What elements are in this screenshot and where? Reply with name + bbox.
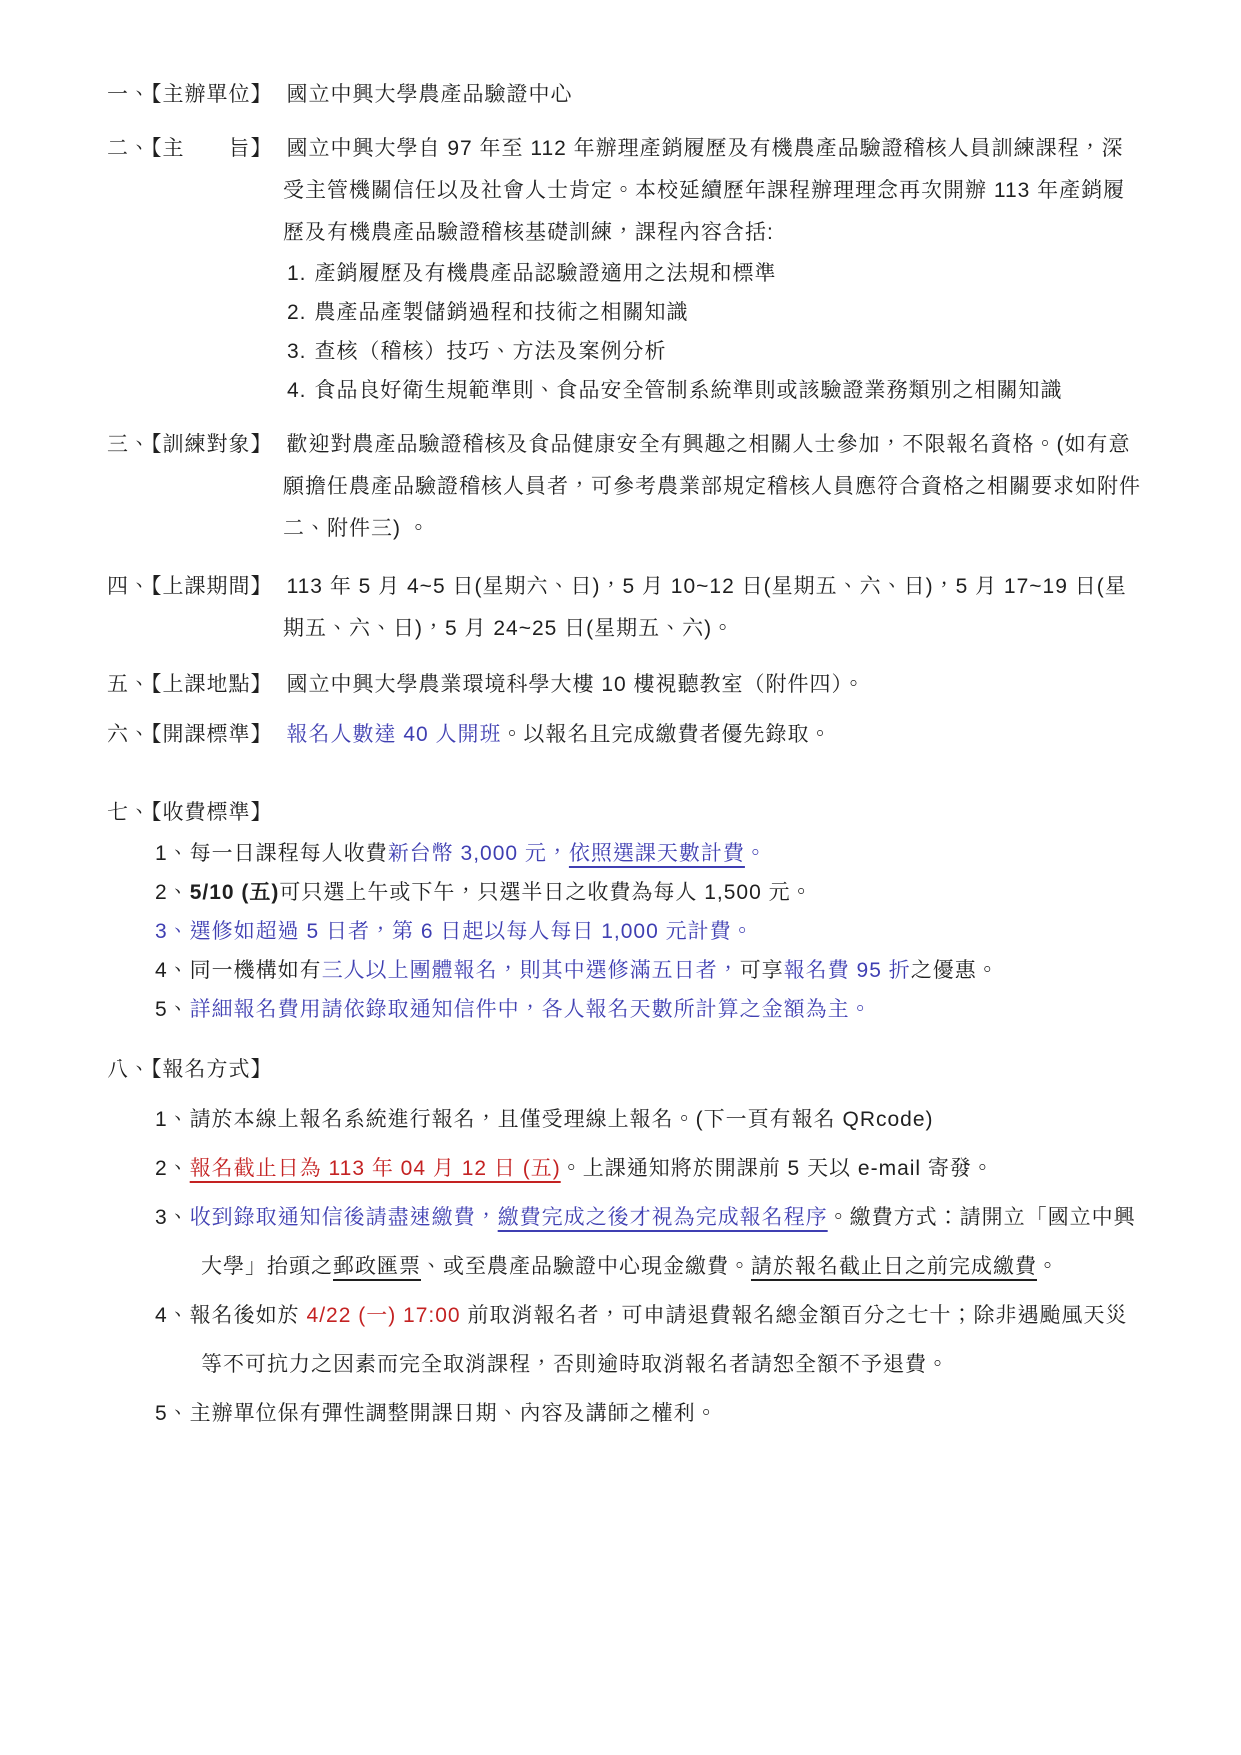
- section-label: 八、【報名方式】: [107, 1058, 273, 1081]
- payment-reminder-text: 收到錄取通知信後請盡速繳費，: [190, 1206, 498, 1229]
- half-day-date-bold: 5/10 (五): [190, 881, 280, 904]
- section-label: 四、【上課期間】: [107, 575, 273, 598]
- list-item-text: 食品良好衛生規範準則、食品安全管制系統準則或該驗證業務類別之相關知識: [315, 379, 1063, 402]
- group-discount-text: 三人以上團體報名，則其中選修滿五日者，: [322, 959, 740, 982]
- document: 一、【主辦單位】國立中興大學農產品驗證中心 二、【主 旨】國立中興大學自 97 …: [0, 0, 1241, 1438]
- text-segment: 4、報名後如於: [155, 1304, 307, 1327]
- fee-item: 4、同一機構如有三人以上團體報名，則其中選修滿五日者，可享報名費 95 折之優惠…: [155, 951, 1141, 990]
- section-body: 歡迎對農產品驗證稽核及食品健康安全有興趣之相關人士參加，不限報名資格。(如有意願…: [283, 433, 1141, 540]
- page: { "colors": { "text": "#1f1f1f", "blue":…: [0, 0, 1241, 1755]
- text-segment: 。: [745, 842, 767, 865]
- list-item-text: 農產品產製儲銷過程和技術之相關知識: [315, 301, 689, 324]
- pay-before-deadline-underlined: 請於報名截止日之前完成繳費: [751, 1255, 1037, 1278]
- section-label: 二、【主 旨】: [107, 137, 273, 160]
- fees-list: 1、每一日課程每人收費新台幣 3,000 元，依照選課天數計費。 2、5/10 …: [155, 834, 1141, 1029]
- registration-item: 2、報名截止日為 113 年 04 月 12 日 (五)。上課通知將於開課前 5…: [155, 1144, 1141, 1193]
- list-item: 1.產銷履歷及有機農產品認驗證適用之法規和標準: [287, 254, 1141, 293]
- fee-amount-text: 新台幣 3,000 元，: [388, 842, 569, 865]
- section-registration: 八、【報名方式】: [107, 1049, 1141, 1091]
- text-segment: 。以報名且完成繳費者優先錄取。: [502, 723, 832, 746]
- list-item-text: 查核（稽核）技巧、方法及案例分析: [315, 340, 667, 363]
- text-segment: 、或至農產品驗證中心現金繳費。: [421, 1255, 751, 1278]
- list-marker: 2.: [287, 301, 307, 324]
- section-host-unit: 一、【主辦單位】國立中興大學農產品驗證中心: [107, 74, 1141, 116]
- list-item: 4.食品良好衛生規範準則、食品安全管制系統準則或該驗證業務類別之相關知識: [287, 371, 1141, 410]
- extra-day-rate-text: 3、選修如超過 5 日者，第 6 日起以每人每日 1,000 元計費。: [155, 920, 754, 943]
- section-purpose: 二、【主 旨】國立中興大學自 97 年至 112 年辦理產銷履歷及有機農產品驗證…: [107, 128, 1141, 254]
- section-location: 五、【上課地點】國立中興大學農業環境科學大樓 10 樓視聽教室（附件四）。: [107, 664, 1141, 706]
- text-segment: 。上課通知將於開課前 5 天以 e-mail 寄發。: [561, 1157, 994, 1180]
- text-segment: 5、主辦單位保有彈性調整開課日期、內容及講師之權利。: [155, 1402, 718, 1425]
- fee-item: 1、每一日課程每人收費新台幣 3,000 元，依照選課天數計費。: [155, 834, 1141, 873]
- section-target: 三、【訓練對象】歡迎對農產品驗證稽核及食品健康安全有興趣之相關人士參加，不限報名…: [107, 424, 1141, 550]
- fee-item: 5、詳細報名費用請依錄取通知信件中，各人報名天數所計算之金額為主。: [155, 990, 1141, 1029]
- course-content-list: 1.產銷履歷及有機農產品認驗證適用之法規和標準 2.農產品產製儲銷過程和技術之相…: [287, 254, 1141, 410]
- section-body: 國立中興大學自 97 年至 112 年辦理產銷履歷及有機農產品驗證稽核人員訓練課…: [283, 137, 1125, 244]
- postal-money-order-underlined: 郵政匯票: [333, 1255, 421, 1278]
- text-segment: 2、: [155, 881, 190, 904]
- registration-item: 3、收到錄取通知信後請盡速繳費，繳費完成之後才視為完成報名程序。繳費方式：請開立…: [155, 1193, 1141, 1291]
- text-segment: 可只選上午或下午，只選半日之收費為每人 1,500 元。: [279, 881, 812, 904]
- section-body: 國立中興大學農產品驗證中心: [287, 83, 573, 106]
- section-body: 113 年 5 月 4~5 日(星期六、日)，5 月 10~12 日(星期五、六…: [283, 575, 1127, 640]
- discount-rate-text: 報名費 95 折: [784, 959, 911, 982]
- list-marker: 4.: [287, 379, 307, 402]
- fee-notice-text: 詳細報名費用請依錄取通知信件中，各人報名天數所計算之金額為主。: [190, 998, 872, 1021]
- text-segment: 可享: [740, 959, 784, 982]
- registration-item: 4、報名後如於 4/22 (一) 17:00 前取消報名者，可申請退費報名總金額…: [155, 1291, 1141, 1389]
- section-body: 國立中興大學農業環境科學大樓 10 樓視聽教室（附件四）。: [287, 673, 866, 696]
- list-item-text: 產銷履歷及有機農產品認驗證適用之法規和標準: [315, 262, 777, 285]
- text-segment: 1、請於本線上報名系統進行報名，且僅受理線上報名。(下一頁有報名 QRcode): [155, 1108, 934, 1131]
- fee-item: 3、選修如超過 5 日者，第 6 日起以每人每日 1,000 元計費。: [155, 912, 1141, 951]
- registration-list: 1、請於本線上報名系統進行報名，且僅受理線上報名。(下一頁有報名 QRcode)…: [155, 1095, 1141, 1438]
- text-segment: 3、: [155, 1206, 190, 1229]
- section-label: 六、【開課標準】: [107, 723, 273, 746]
- text-segment: 1、每一日課程每人收費: [155, 842, 388, 865]
- section-class-threshold: 六、【開課標準】報名人數達 40 人開班。以報名且完成繳費者優先錄取。: [107, 714, 1141, 756]
- text-segment: 4、同一機構如有: [155, 959, 322, 982]
- cancellation-deadline-text: 4/22 (一) 17:00: [307, 1304, 461, 1327]
- section-schedule: 四、【上課期間】113 年 5 月 4~5 日(星期六、日)，5 月 10~12…: [107, 566, 1141, 650]
- text-segment: 2、: [155, 1157, 190, 1180]
- list-item: 2.農產品產製儲銷過程和技術之相關知識: [287, 293, 1141, 332]
- registration-item: 5、主辦單位保有彈性調整開課日期、內容及講師之權利。: [155, 1389, 1141, 1438]
- list-marker: 1.: [287, 262, 307, 285]
- registration-item: 1、請於本線上報名系統進行報名，且僅受理線上報名。(下一頁有報名 QRcode): [155, 1095, 1141, 1144]
- section-fees: 七、【收費標準】: [107, 792, 1141, 834]
- text-segment: 之優惠。: [911, 959, 999, 982]
- registration-deadline-text: 報名截止日為 113 年 04 月 12 日 (五): [190, 1157, 561, 1180]
- list-item: 3.查核（稽核）技巧、方法及案例分析: [287, 332, 1141, 371]
- section-label: 五、【上課地點】: [107, 673, 273, 696]
- fee-item: 2、5/10 (五)可只選上午或下午，只選半日之收費為每人 1,500 元。: [155, 873, 1141, 912]
- text-segment: 5、: [155, 998, 190, 1021]
- fee-rule-underlined: 依照選課天數計費: [569, 842, 745, 865]
- section-label: 七、【收費標準】: [107, 801, 273, 824]
- payment-completion-underlined: 繳費完成之後才視為完成報名程序: [498, 1206, 828, 1229]
- list-marker: 3.: [287, 340, 307, 363]
- section-label: 一、【主辦單位】: [107, 83, 273, 106]
- enrollment-threshold-text: 報名人數達 40 人開班: [287, 723, 502, 746]
- section-label: 三、【訓練對象】: [107, 433, 273, 456]
- text-segment: 。: [1037, 1255, 1059, 1278]
